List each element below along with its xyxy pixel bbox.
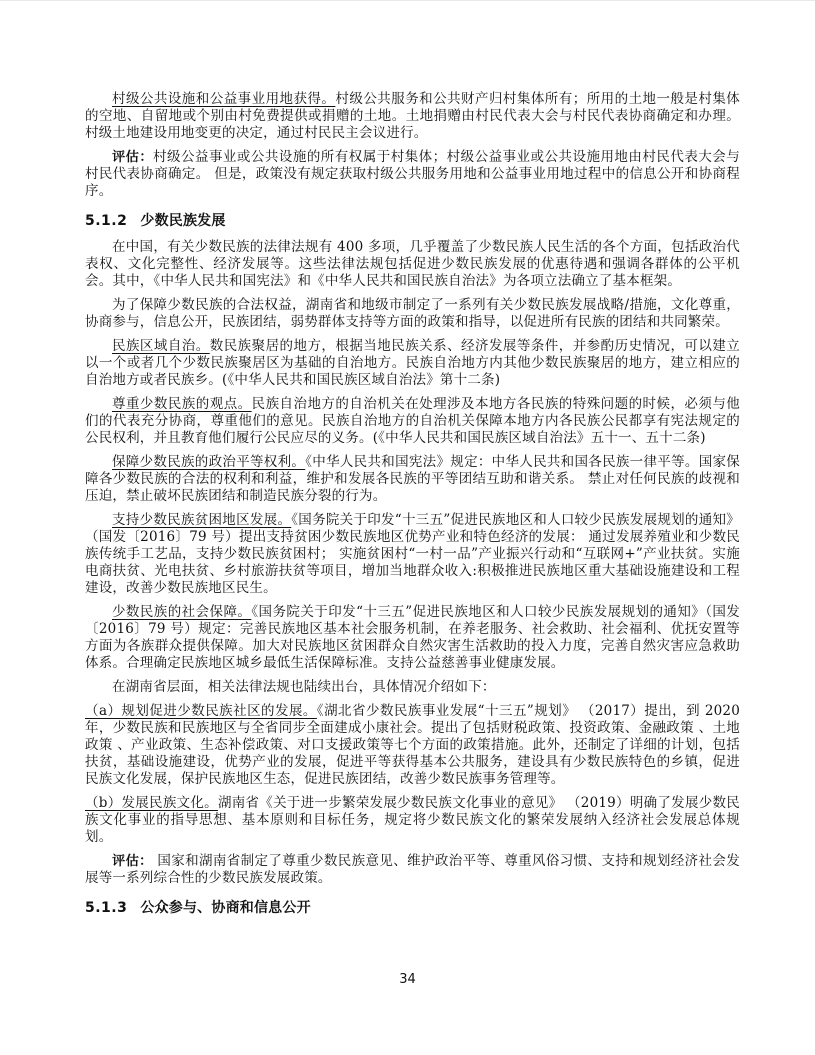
para-lead-underlined: （b）发展民族文化。	[85, 795, 218, 811]
para-lead-underlined: （a）规划促进少数民族社区的发展。	[85, 703, 317, 719]
section-number: 5.1.3	[85, 900, 127, 917]
section-number: 5.1.2	[85, 213, 127, 230]
para-hunan-strategies: 为了保障少数民族的合法权益，湖南省和地级市制定了一系列有关少数民族发展战略/措施…	[85, 297, 740, 331]
para-lead-underlined: 村级公共设施和公益事业用地获得。	[112, 91, 335, 107]
para-poverty-area-support: 支持少数民族贫困地区发展。《国务院关于印发“十三五”促进民族地区和人口较少民族发…	[85, 512, 740, 597]
para-village-public-facilities: 村级公共设施和公益事业用地获得。村级公共服务和公共财产归村集体所有；所用的土地一…	[85, 91, 740, 142]
para-respect-minority-views: 尊重少数民族的观点。民族自治地方的自治机关在处理涉及本地方各民族的特殊问题的时候…	[85, 396, 740, 447]
section-title: 少数民族发展	[140, 213, 225, 229]
document-body: 村级公共设施和公益事业用地获得。村级公共服务和公共财产归村集体所有；所用的土地一…	[85, 91, 740, 926]
para-hunan-intro: 在湖南省层面，相关法律法规也陆续出台，具体情况介绍如下：	[85, 679, 740, 696]
para-lead-underlined: 尊重少数民族的观点。	[112, 396, 252, 412]
para-lead-underlined: 支持少数民族贫困地区发展。	[112, 512, 291, 528]
para-lead-underlined: 少数民族的社会保障。	[112, 604, 251, 620]
para-item-b-culture: （b）发展民族文化。湖南省《关于进一步繁荣发展少数民族文化事业的意见》 （201…	[85, 795, 740, 846]
heading-5-1-2: 5.1.2少数民族发展	[85, 213, 740, 230]
para-lead-underlined: 民族区域自治。	[112, 338, 210, 354]
document-page: 村级公共设施和公益事业用地获得。村级公共服务和公共财产归村集体所有；所用的土地一…	[0, 0, 815, 1055]
section-title: 公众参与、协商和信息公开	[140, 900, 310, 916]
para-china-laws: 在中国，有关少数民族的法律法规有 400 多项，几乎覆盖了少数民族人民生活的各个…	[85, 239, 740, 290]
para-assessment-village-land: 评估：村级公益事业或公共设施的所有权属于村集体；村级公益事业或公共设施用地由村民…	[85, 149, 740, 200]
para-lead-underlined: 保障少数民族的政治平等权利。	[112, 454, 305, 470]
para-assessment-minority-policies: 评估： 国家和湖南省制定了尊重少数民族意见、维护政治平等、尊重风俗习惯、支持和规…	[85, 853, 740, 887]
para-text: 为了保障少数民族的合法权益，湖南省和地级市制定了一系列有关少数民族发展战略/措施…	[85, 297, 740, 330]
assessment-label: 评估：	[112, 854, 153, 869]
para-social-security: 少数民族的社会保障。《国务院关于印发“十三五”促进民族地区和人口较少民族发展规划…	[85, 604, 740, 672]
para-item-a-community-development: （a）规划促进少数民族社区的发展。《湖北省少数民族事业发展“十三五”规划》 （2…	[85, 703, 740, 788]
para-political-equality: 保障少数民族的政治平等权利。《中华人民共和国宪法》规定：中华人民共和国各民族一律…	[85, 454, 740, 505]
heading-5-1-3: 5.1.3公众参与、协商和信息公开	[85, 900, 740, 917]
para-text: 国家和湖南省制定了尊重少数民族意见、维护政治平等、尊重风俗习惯、支持和规划经济社…	[85, 853, 740, 886]
assessment-label: 评估：	[112, 150, 153, 165]
para-text: 在中国，有关少数民族的法律法规有 400 多项，几乎覆盖了少数民族人民生活的各个…	[85, 239, 740, 289]
page-number: 34	[0, 972, 815, 987]
para-text: 村级公益事业或公共设施的所有权属于村集体；村级公益事业或公共设施用地由村民代表大…	[85, 149, 740, 199]
para-regional-autonomy: 民族区域自治。数民族聚居的地方，根据当地民族关系、经济发展等条件，并参酌历史情况…	[85, 338, 740, 389]
para-text: 在湖南省层面，相关法律法规也陆续出台，具体情况介绍如下：	[112, 679, 496, 695]
